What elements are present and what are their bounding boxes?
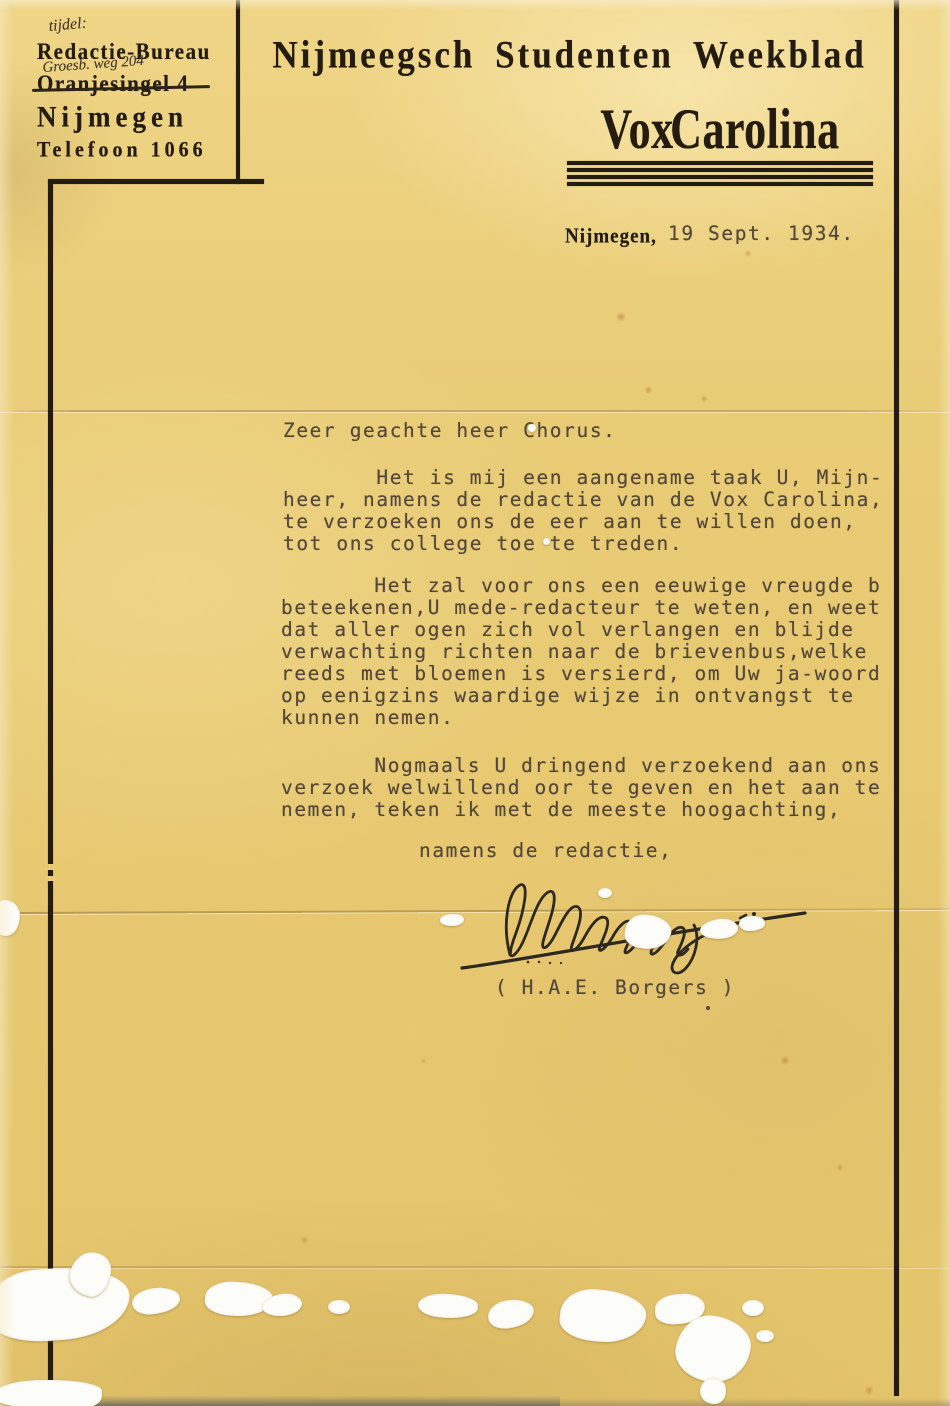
paper-tear [742, 1300, 764, 1316]
page-edge-bottom-shadow [560, 1398, 950, 1406]
paper-tear [417, 1292, 479, 1320]
page-edge-right [938, 0, 950, 1406]
paper-tear [543, 538, 550, 545]
letterhead-city: Nijmegen [37, 100, 188, 134]
masthead-title: Nijmeegsch Studenten Weekblad [262, 33, 877, 78]
paper-tear [700, 1378, 726, 1404]
paper-tear [440, 914, 464, 926]
masthead-quadruple-rule [567, 161, 873, 188]
paper-tear [558, 1286, 648, 1345]
paper-tear [328, 1300, 350, 1314]
stain [744, 250, 752, 257]
closing-line: namens de redactie, [419, 840, 672, 862]
letterhead-telephone: Telefoon 1066 [37, 138, 207, 163]
stray-period [706, 1006, 710, 1010]
paper-tear [0, 1380, 102, 1406]
fold-crease [0, 410, 950, 412]
paper-tear [598, 888, 612, 898]
typed-signatory-name: ( H.A.E. Borgers ) [495, 977, 735, 999]
stain [836, 1164, 844, 1171]
paper-tear [131, 1286, 181, 1316]
salutation: Zeer geachte heer Chorus. [283, 420, 617, 442]
frame-right-border [894, 0, 899, 1396]
paper-tear [487, 1298, 536, 1331]
masthead-name: Vox Carolina [565, 96, 875, 162]
stain [644, 386, 653, 394]
stain [615, 312, 627, 322]
handwritten-note-tijdel: tijdel: [48, 15, 88, 36]
paper-tear [0, 1263, 132, 1345]
paragraph-2: Het zal voor ons een eeuwige vreugde b b… [281, 575, 881, 729]
letterhead-bottom-rule [48, 179, 264, 184]
paragraph-1: Het is mij een aangename taak U, Mijn- h… [283, 467, 883, 555]
stain [700, 395, 708, 402]
dateline-date: 19 Sept. 1934. [668, 223, 855, 245]
scanned-letter-page: tijdel: Redactie-Bureau Oranjesingel 4 G… [0, 0, 950, 1406]
stain [780, 1056, 790, 1065]
letterhead-divider-rule [236, 0, 240, 184]
fold-crease [0, 1266, 950, 1268]
paper-tear [204, 1280, 274, 1318]
page-edge-left [0, 0, 14, 1406]
frame-left-border [48, 181, 53, 1396]
stain [864, 1386, 874, 1395]
page-edge-top [0, 0, 950, 10]
paragraph-3: Nogmaals U dringend verzoekend aan ons v… [281, 755, 881, 821]
dateline-place: Nijmegen, [565, 225, 657, 249]
page-edge-bottom-shadow [90, 1394, 560, 1406]
border-damage-gap [46, 876, 55, 881]
border-damage-gap [46, 864, 55, 870]
paper-tear [528, 424, 536, 432]
paper-tear [756, 1330, 774, 1342]
stain [300, 1236, 309, 1244]
stain [420, 1058, 427, 1064]
paper-tear [0, 900, 20, 936]
